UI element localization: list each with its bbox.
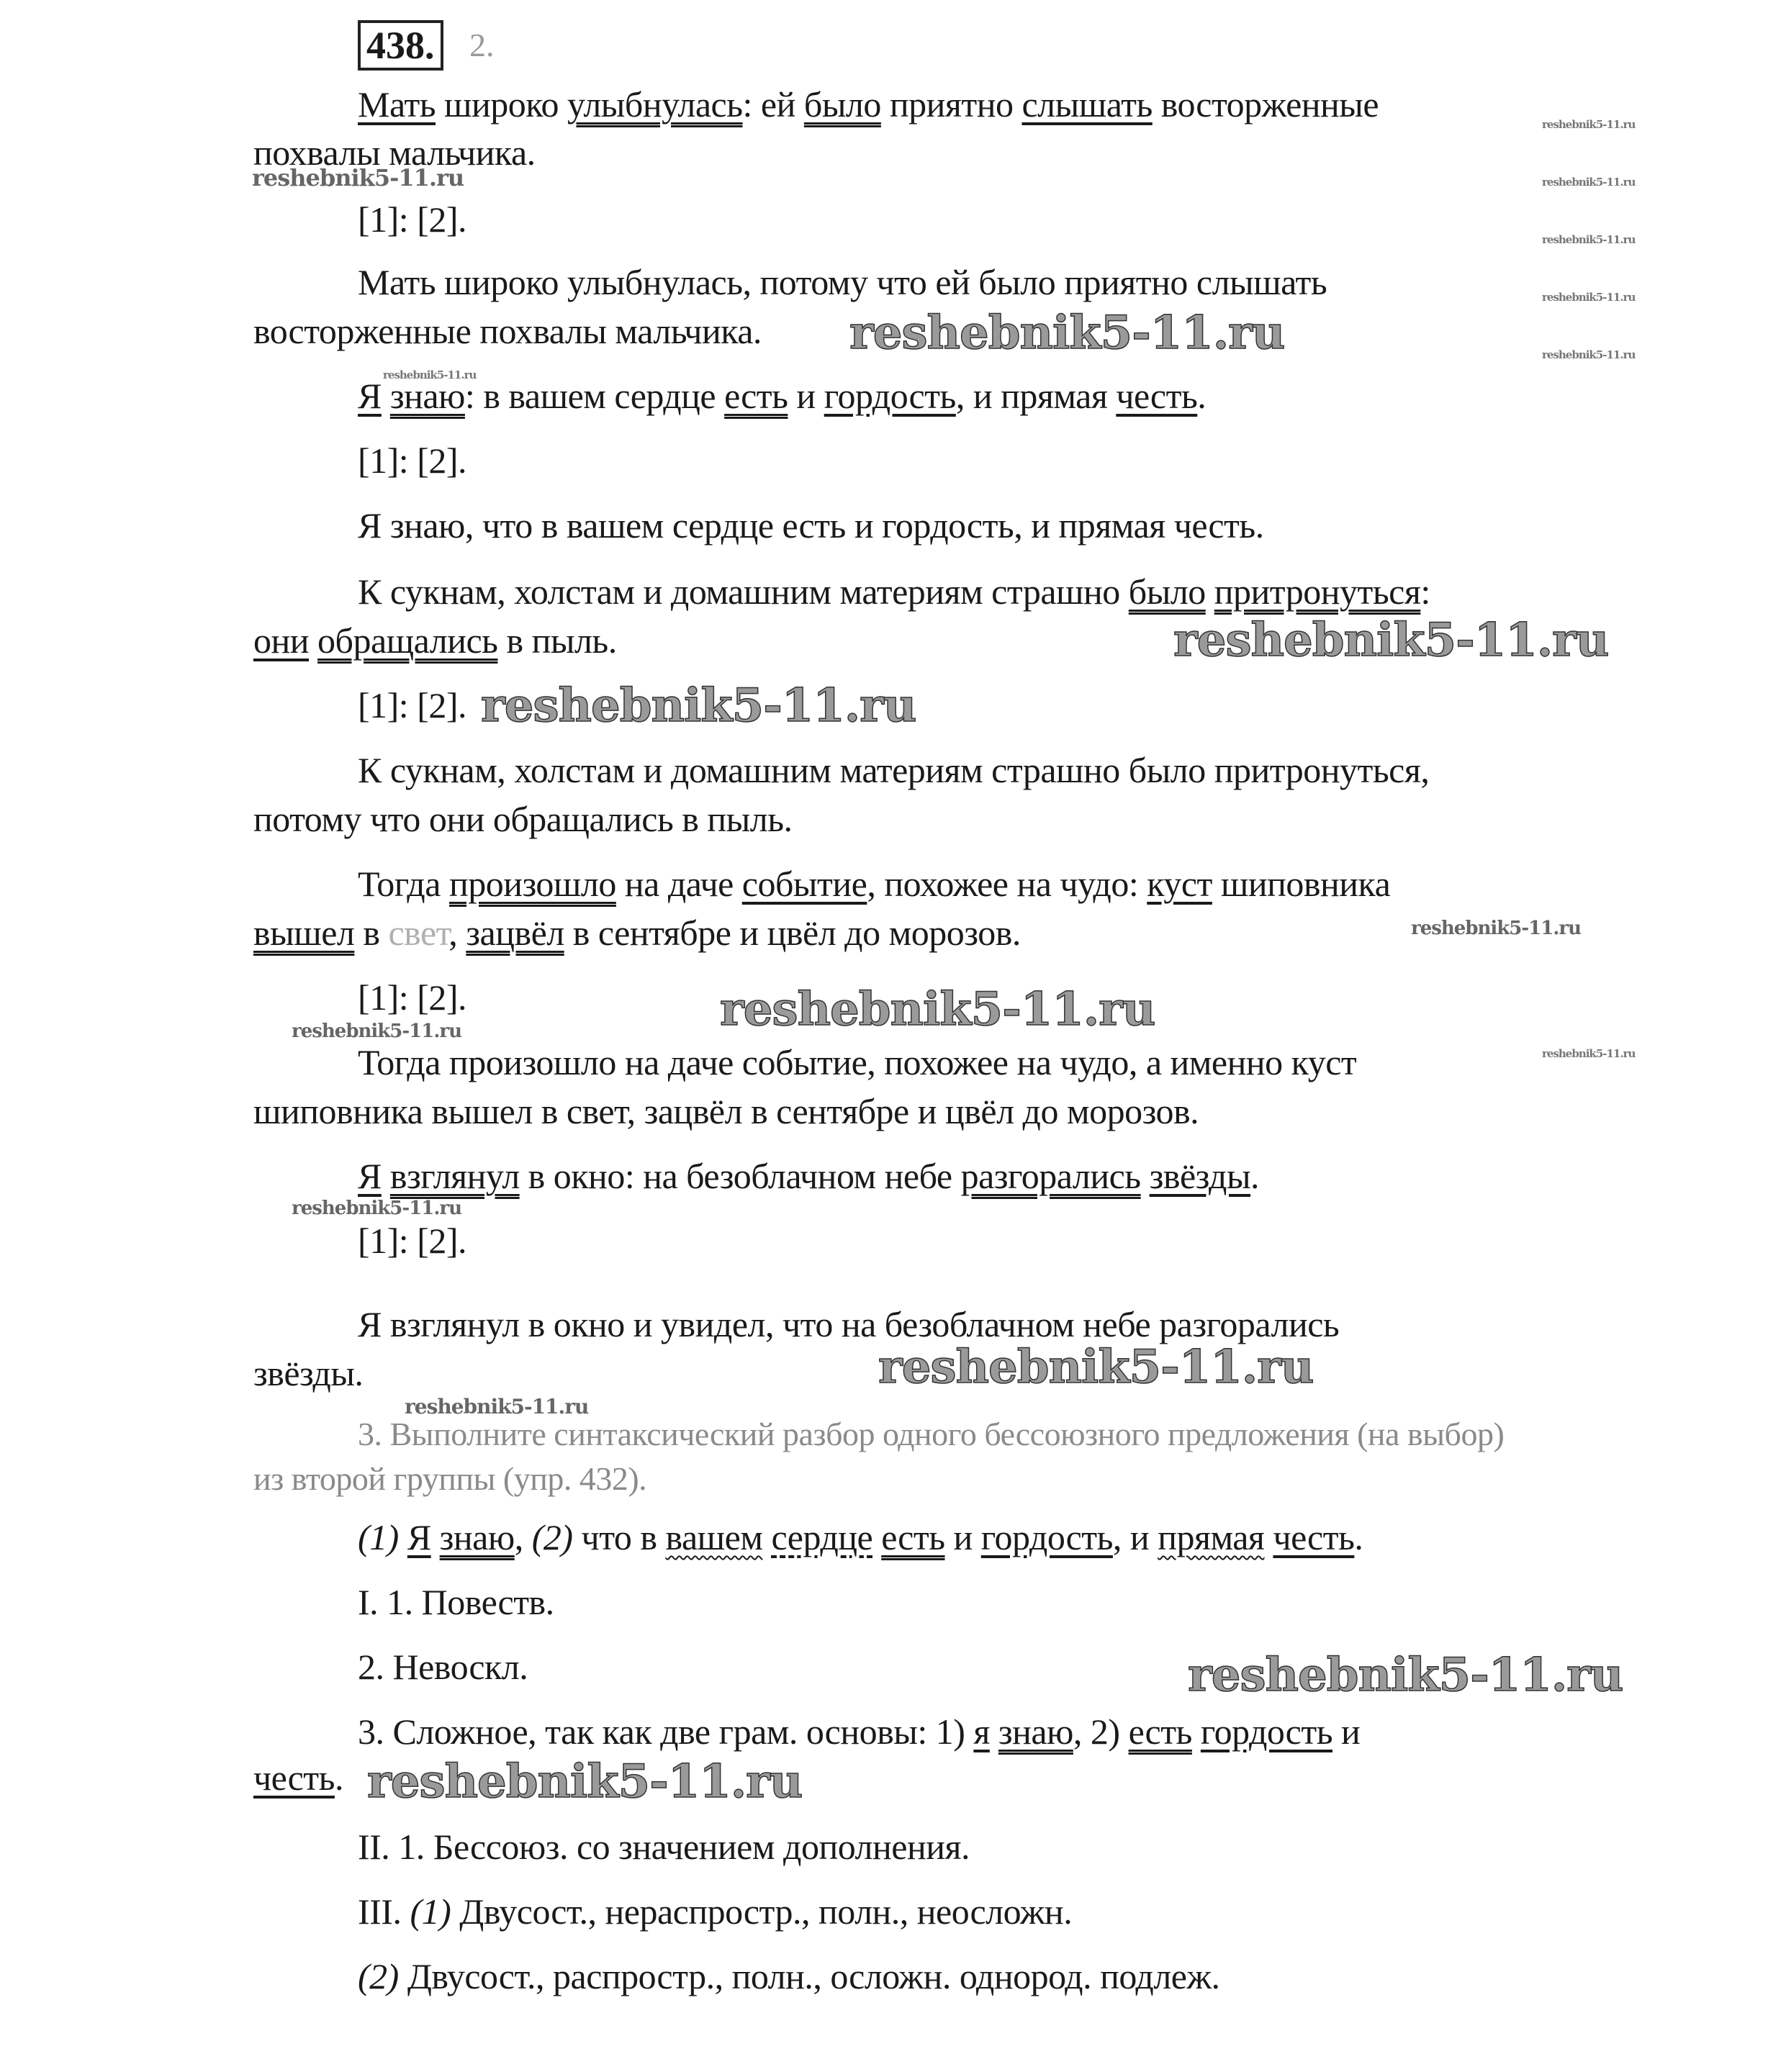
predicate: знаю: [998, 1711, 1073, 1752]
text: [431, 1517, 440, 1557]
text: широко: [436, 84, 567, 125]
attribute: прямая: [1158, 1517, 1264, 1557]
watermark: reshebnik5-11.ru: [252, 164, 464, 191]
text: [309, 620, 317, 661]
rewrite-1-line2: восторженные похвалы мальчика.: [253, 309, 762, 353]
scheme-5: [1]: [2].: [358, 1219, 466, 1262]
clause-marker: (2): [358, 1956, 399, 1996]
analysis-i3-line1: 3. Сложное, так как две грам. основы: 1)…: [358, 1710, 1360, 1753]
text: ,: [448, 913, 466, 953]
rewrite-4-line1: Тогда произошло на даче событие, похожее…: [358, 1041, 1356, 1084]
rewrite-4-line2: шиповника вышел в свет, зацвёл в сентябр…: [253, 1090, 1199, 1133]
analysis-iii2: (2) Двусост., распростр., полн., осложн.…: [358, 1955, 1220, 1998]
text: в пыль.: [497, 620, 616, 661]
subject: гордость: [824, 376, 956, 416]
text: : ей: [743, 84, 804, 125]
text: : в вашем сердце: [465, 376, 724, 416]
text: свет: [388, 913, 448, 953]
predicate: есть: [1129, 1711, 1192, 1752]
analysis-ii1: II. 1. Бессоюз. со значением дополнения.: [358, 1825, 970, 1868]
watermark: reshebnik5-11.ru: [1188, 1648, 1623, 1702]
predicate: улыбнулась: [567, 84, 743, 125]
watermark: reshebnik5-11.ru: [1542, 118, 1635, 131]
text: К сукнам, холстам и домашним материям ст…: [358, 571, 1129, 612]
subject: куст: [1147, 864, 1212, 904]
predicate: было: [804, 84, 881, 125]
rewrite-2-line1: Я знаю, что в вашем сердце есть и гордос…: [358, 504, 1264, 547]
clause-marker: (1): [358, 1517, 399, 1557]
text: [382, 1156, 390, 1196]
subject: честь: [253, 1757, 335, 1798]
subject: Я: [407, 1517, 431, 1557]
predicate: есть: [881, 1517, 944, 1557]
watermark: reshebnik5-11.ru: [1542, 176, 1635, 189]
subject: звёзды: [1150, 1156, 1250, 1196]
predicate: взглянул: [390, 1156, 520, 1196]
text: в: [354, 913, 388, 953]
scheme-4: [1]: [2].: [358, 976, 466, 1019]
sentence-4-line1: Тогда произошло на даче событие, похожее…: [358, 862, 1390, 905]
text: Двусост., распростр., полн., осложн. одн…: [399, 1956, 1220, 1996]
text: приятно: [881, 84, 1022, 125]
subject: Я: [358, 376, 382, 416]
task-number-box: 438.: [358, 20, 443, 71]
rewrite-3-line1: К сукнам, холстам и домашним материям ст…: [358, 748, 1429, 792]
watermark: reshebnik5-11.ru: [383, 368, 476, 381]
text: Двусост., нераспростр., полн., неосложн.: [451, 1891, 1072, 1932]
subject: гордость: [981, 1517, 1113, 1557]
adverbial: сердце: [771, 1517, 872, 1557]
rewrite-5-line1: Я взглянул в окно и увидел, что на безоб…: [358, 1303, 1339, 1346]
text: , и прямая: [956, 376, 1117, 416]
text: .: [1250, 1156, 1259, 1196]
subject: честь: [1273, 1517, 1354, 1557]
watermark: reshebnik5-11.ru: [878, 1340, 1313, 1394]
sentence-2: Я знаю: в вашем сердце есть и гордость, …: [358, 374, 1206, 417]
watermark: reshebnik5-11.ru: [292, 1198, 461, 1219]
text: и: [945, 1517, 981, 1557]
sentence-1: Мать широко улыбнулась: ей было приятно …: [358, 83, 1379, 126]
text: шиповника: [1212, 864, 1390, 904]
watermark: reshebnik5-11.ru: [1542, 1047, 1635, 1060]
predicate: знаю: [440, 1517, 515, 1557]
subject: честь: [1116, 376, 1197, 416]
watermark: reshebnik5-11.ru: [481, 679, 916, 733]
analysis-iii1: III. (1) Двусост., нераспростр., полн., …: [358, 1890, 1072, 1933]
text: :: [1420, 571, 1430, 612]
text: [1206, 571, 1214, 612]
analysis-i1: I. 1. Повеств.: [358, 1580, 554, 1624]
predicate: притронуться: [1214, 571, 1421, 612]
subject: Мать: [358, 84, 436, 125]
text: в окно: на безоблачном небе: [520, 1156, 961, 1196]
text: [762, 1517, 771, 1557]
text: , похожее на чудо:: [867, 864, 1147, 904]
text: и: [788, 376, 824, 416]
predicate: зацвёл: [466, 913, 564, 953]
analysed-sentence: (1) Я знаю, (2) что в вашем сердце есть …: [358, 1516, 1363, 1559]
text: на даче: [616, 864, 742, 904]
rewrite-3-line2: потому что они обращались в пыль.: [253, 797, 793, 841]
text: .: [1197, 376, 1206, 416]
predicate: знаю: [390, 376, 465, 416]
text: ,: [515, 1517, 532, 1557]
scheme-3: [1]: [2].: [358, 684, 466, 727]
watermark: reshebnik5-11.ru: [1542, 233, 1635, 246]
sentence-5: Я взглянул в окно: на безоблачном небе р…: [358, 1154, 1259, 1198]
text: , 2): [1073, 1711, 1129, 1752]
text: III.: [358, 1891, 410, 1932]
text: .: [1354, 1517, 1363, 1557]
clause-marker: (2): [532, 1517, 573, 1557]
analysis-i2: 2. Невоскл.: [358, 1645, 528, 1688]
subject: слышать: [1021, 84, 1152, 125]
sentence-3-line2: они обращались в пыль.: [253, 619, 617, 662]
text: Тогда: [358, 864, 449, 904]
rewrite-5-line2: звёзды.: [253, 1352, 363, 1395]
predicate: есть: [724, 376, 788, 416]
task3-line2: из второй группы (упр. 432).: [253, 1457, 646, 1501]
subject: событие: [742, 864, 867, 904]
watermark: reshebnik5-11.ru: [849, 306, 1284, 360]
clause-marker: (1): [410, 1891, 451, 1932]
text: восторженные: [1153, 84, 1379, 125]
subject: они: [253, 620, 309, 661]
analysis-i3-line2: честь.: [253, 1756, 343, 1799]
subject: Я: [358, 1156, 382, 1196]
predicate: обращались: [317, 620, 497, 661]
watermark: reshebnik5-11.ru: [1542, 291, 1635, 304]
text: и: [1332, 1711, 1360, 1752]
subject: я: [973, 1711, 990, 1752]
subject: гордость: [1201, 1711, 1332, 1752]
watermark: reshebnik5-11.ru: [367, 1755, 802, 1809]
predicate: вышел: [253, 913, 354, 953]
subtask-number: 2.: [469, 26, 495, 64]
text: [1264, 1517, 1273, 1557]
predicate: было: [1129, 571, 1206, 612]
watermark: reshebnik5-11.ru: [292, 1021, 461, 1042]
sentence-3-line1: К сукнам, холстам и домашним материям ст…: [358, 570, 1430, 613]
watermark: reshebnik5-11.ru: [405, 1395, 588, 1419]
text: , и: [1113, 1517, 1158, 1557]
text: [1141, 1156, 1150, 1196]
text: в сентябре и цвёл до морозов.: [564, 913, 1021, 953]
predicate: произошло: [449, 864, 616, 904]
text: [872, 1517, 881, 1557]
attribute: вашем: [666, 1517, 763, 1557]
scheme-2: [1]: [2].: [358, 439, 466, 482]
predicate: разгорались: [961, 1156, 1141, 1196]
task3-line1: 3. Выполните синтаксический разбор одног…: [358, 1413, 1504, 1456]
text: .: [335, 1757, 343, 1798]
text: что в: [573, 1517, 666, 1557]
text: 3. Сложное, так как две грам. основы: 1): [358, 1711, 973, 1752]
watermark: reshebnik5-11.ru: [1173, 613, 1608, 667]
scheme-1: [1]: [2].: [358, 198, 466, 241]
text: [1192, 1711, 1201, 1752]
watermark: reshebnik5-11.ru: [1542, 348, 1635, 361]
watermark: reshebnik5-11.ru: [1411, 918, 1581, 939]
text: [990, 1711, 998, 1752]
watermark: reshebnik5-11.ru: [720, 982, 1155, 1036]
sentence-4-line2: вышел в свет, зацвёл в сентябре и цвёл д…: [253, 911, 1021, 954]
text: [399, 1517, 407, 1557]
text: [382, 376, 390, 416]
rewrite-1-line1: Мать широко улыбнулась, потому что ей бы…: [358, 261, 1327, 304]
